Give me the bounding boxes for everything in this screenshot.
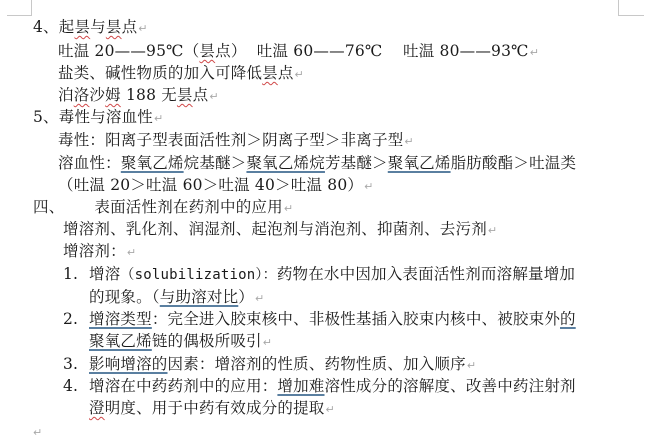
underlined-text: 聚氧乙烯 xyxy=(121,154,184,172)
hemolysis-line[interactable]: 溶血性：聚氧乙烯烷基醚＞聚氧乙烯烷芳基醚＞聚氧乙烯脂肪酸酯＞吐温类 xyxy=(58,152,576,174)
paragraph-mark-icon: ↵ xyxy=(295,68,304,81)
list-item-1-continuation[interactable]: 的现象。（与助溶对比）↵ xyxy=(89,286,264,310)
list-number: 3. xyxy=(63,353,89,375)
underlined-text: 聚氧乙烯 xyxy=(388,154,451,172)
paragraph-mark-icon: ↵ xyxy=(488,224,497,237)
spellcheck-squiggle: 洛 xyxy=(74,86,90,104)
paragraph-mark-icon: ↵ xyxy=(127,246,136,259)
salt-effect-line[interactable]: 盐类、碱性物质的加入可降低昙点↵ xyxy=(58,62,304,86)
list-item-2[interactable]: 2.增溶类型：完全进入胶束核中、非极性基插入胶束内核中、被胶束外的 xyxy=(63,308,576,330)
spellcheck-squiggle: 昙 xyxy=(106,18,122,36)
paragraph-mark-icon: ↵ xyxy=(138,22,147,35)
list-number: 1. xyxy=(63,263,89,285)
section-four-heading[interactable]: 四、表面活性剂在药剂中的应用↵ xyxy=(33,196,293,220)
spellcheck-squiggle: 澄 xyxy=(89,399,105,417)
empty-paragraph[interactable]: ↵ xyxy=(32,420,42,444)
list-item-3[interactable]: 3.影响增溶的因素：增溶剂的性质、药物性质、加入顺序↵ xyxy=(63,353,476,377)
paragraph-mark-icon: ↵ xyxy=(467,359,476,372)
toxicity-line[interactable]: 毒性：阳离子型表面活性剂＞阴离子型＞非离子型↵ xyxy=(58,129,414,153)
underlined-text: 聚氧乙烯 xyxy=(89,332,152,350)
list-number: 4. xyxy=(63,375,89,397)
list-item-1[interactable]: 1.增溶（solubilization）：药物在水中因加入表面活性剂而溶解量增加 xyxy=(63,263,575,286)
paragraph-mark-icon: ↵ xyxy=(364,180,373,193)
paragraph-mark-icon: ↵ xyxy=(284,202,293,215)
spellcheck-squiggle: 昙 xyxy=(177,86,193,104)
section-5-heading[interactable]: 5、毒性与溶血性↵ xyxy=(33,106,163,130)
underlined-text: 影响增溶的 xyxy=(89,355,168,373)
hemolysis-tween-order-line[interactable]: （吐温 20＞吐温 60＞吐温 40＞吐温 80）↵ xyxy=(58,174,374,198)
spellcheck-squiggle: 昙 xyxy=(262,64,278,82)
underlined-text: 增加难 xyxy=(277,377,324,395)
underlined-text: 增溶类型 xyxy=(89,310,152,328)
spellcheck-squiggle: 姆 xyxy=(105,86,121,104)
list-item-4-continuation[interactable]: 澄明度、用于中药有效成分的提取↵ xyxy=(89,397,335,421)
list-item-4[interactable]: 4.增溶在中药药剂中的应用：增加难溶性成分的溶解度、改善中药注射剂 xyxy=(63,375,576,397)
solubilizer-label-line[interactable]: 增溶剂：↵ xyxy=(63,240,136,264)
list-number: 2. xyxy=(63,308,89,330)
paragraph-mark-icon: ↵ xyxy=(209,90,218,103)
spellcheck-squiggle: 昙 xyxy=(199,42,215,60)
page-corner-mark-top-left xyxy=(7,0,32,16)
cloud-point-values-line[interactable]: 吐温 20——95℃（昙点） 吐温 60——76℃ 吐温 80——93℃↵ xyxy=(58,40,539,64)
poloxamer-line[interactable]: 泊洛沙姆 188 无昙点↵ xyxy=(58,84,219,108)
paragraph-mark-icon: ↵ xyxy=(530,46,539,59)
document-page[interactable]: 4、起昙与昙点↵ 吐温 20——95℃（昙点） 吐温 60——76℃ 吐温 80… xyxy=(0,0,660,444)
surfactant-uses-line[interactable]: 增溶剂、乳化剂、润湿剂、起泡剂与消泡剂、抑菌剂、去污剂↵ xyxy=(63,218,497,242)
list-item-2-continuation[interactable]: 聚氧乙烯链的偶极所吸引↵ xyxy=(89,330,272,354)
section-4-heading[interactable]: 4、起昙与昙点↵ xyxy=(33,16,148,40)
paragraph-mark-icon: ↵ xyxy=(263,336,272,349)
underlined-text: 的 xyxy=(560,310,576,328)
page-corner-mark-top-right xyxy=(618,0,644,16)
paragraph-mark-icon: ↵ xyxy=(154,112,163,125)
paragraph-mark-icon: ↵ xyxy=(255,292,264,305)
paragraph-mark-icon: ↵ xyxy=(404,135,413,148)
paragraph-mark-icon: ↵ xyxy=(33,426,42,439)
paragraph-mark-icon: ↵ xyxy=(326,403,335,416)
underlined-text: 聚氧乙烯烷 xyxy=(246,154,325,172)
spellcheck-squiggle: 昙 xyxy=(74,18,90,36)
underlined-text: 与助溶对比 xyxy=(160,288,239,306)
